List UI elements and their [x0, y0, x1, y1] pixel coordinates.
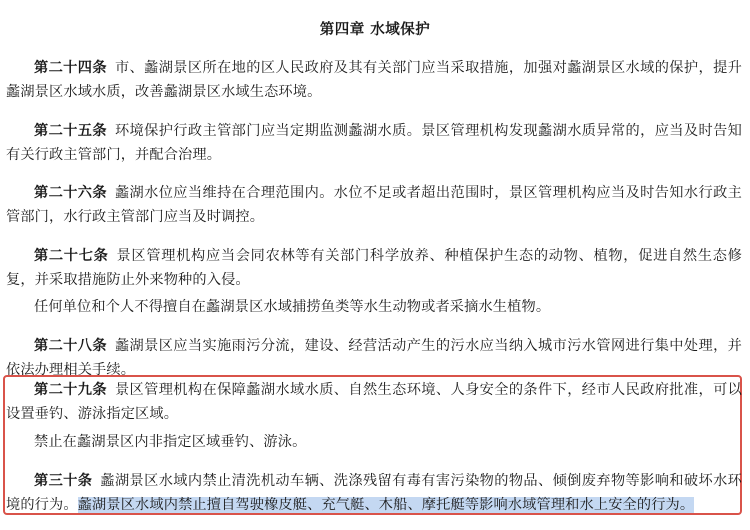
article-26: 第二十六条蠡湖水位应当维持在合理范围内。水位不足或者超出范围时，景区管理机构应当…: [6, 181, 742, 229]
article-text: 环境保护行政主管部门应当定期监测蠡湖水质。景区管理机构发现蠡湖水质异常的，应当及…: [6, 123, 742, 163]
article-text: 景区管理机构应当会同农林等有关部门科学放养、种植保护生态的动物、植物，促进自然生…: [6, 248, 742, 288]
article-27: 第二十七条景区管理机构应当会同农林等有关部门科学放养、种植保护生态的动物、植物，…: [6, 244, 742, 292]
article-30: 第三十条蠡湖景区水域内禁止清洗机动车辆、洗涤残留有毒有害污染物的物品、倾倒废弃物…: [6, 469, 742, 517]
article-27-clause-2: 任何单位和个人不得擅自在蠡湖景区水域捕捞鱼类等水生动物或者采摘水生植物。: [6, 295, 742, 319]
article-number: 第二十六条: [34, 185, 107, 201]
article-29-clause-2: 禁止在蠡湖景区内非指定区域垂钓、游泳。: [6, 430, 742, 454]
article-number: 第二十四条: [34, 60, 107, 76]
article-text: 蠡湖水位应当维持在合理范围内。水位不足或者超出范围时，景区管理机构应当及时告知水…: [6, 185, 742, 225]
article-29: 第二十九条景区管理机构在保障蠡湖水域水质、自然生态环境、人身安全的条件下，经市人…: [6, 378, 742, 426]
article-text: 蠡湖景区应当实施雨污分流，建设、经营活动产生的污水应当纳入城市污水管网进行集中处…: [6, 338, 742, 378]
highlighted-text[interactable]: 蠡湖景区水域内禁止擅自驾驶橡皮艇、充气艇、木船、摩托艇等影响水域管理和水上安全的…: [78, 497, 695, 513]
article-text: 任何单位和个人不得擅自在蠡湖景区水域捕捞鱼类等水生动物或者采摘水生植物。: [34, 299, 550, 315]
article-number: 第二十七条: [34, 248, 109, 264]
article-text: 市、蠡湖景区所在地的区人民政府及其有关部门应当采取措施，加强对蠡湖景区水域的保护…: [6, 60, 742, 100]
article-number: 第二十九条: [34, 382, 107, 398]
article-24: 第二十四条市、蠡湖景区所在地的区人民政府及其有关部门应当采取措施，加强对蠡湖景区…: [6, 56, 742, 104]
article-text: 禁止在蠡湖景区内非指定区域垂钓、游泳。: [34, 434, 306, 450]
article-number: 第二十五条: [34, 123, 107, 139]
chapter-title: 第四章 水域保护: [0, 18, 750, 39]
article-number: 第二十八条: [34, 338, 107, 354]
article-25: 第二十五条环境保护行政主管部门应当定期监测蠡湖水质。景区管理机构发现蠡湖水质异常…: [6, 119, 742, 167]
article-text: 景区管理机构在保障蠡湖水域水质、自然生态环境、人身安全的条件下，经市人民政府批准…: [6, 382, 742, 422]
article-number: 第三十条: [34, 473, 92, 489]
